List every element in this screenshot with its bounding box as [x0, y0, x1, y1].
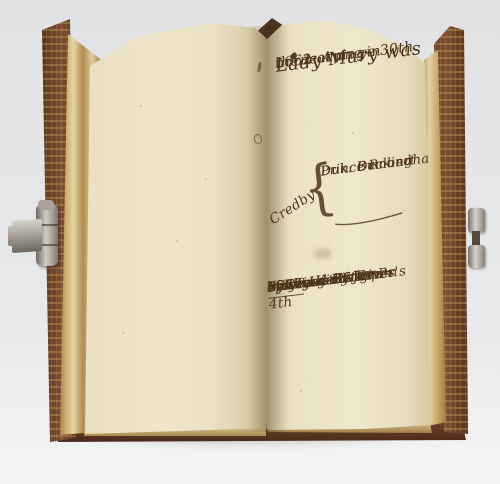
right-metal-clasp — [468, 206, 490, 268]
page-speck — [205, 178, 207, 180]
left-page-blank — [80, 18, 268, 436]
page-speck — [122, 332, 124, 334]
flourish-dash — [333, 210, 408, 228]
page-speck — [300, 390, 302, 392]
clasp-tab — [8, 226, 20, 246]
left-metal-clasp — [8, 204, 64, 268]
photo-antique-notebook: Lady Mary was borne Apr: ye 30th. 1662 a… — [0, 0, 500, 484]
clasp-knob — [38, 200, 54, 210]
page-speck — [140, 105, 142, 107]
page-speck — [352, 132, 354, 134]
clasp-hinge-barrel — [468, 208, 485, 233]
page-speck — [176, 240, 178, 242]
clasp-hinge-barrel — [468, 245, 485, 268]
